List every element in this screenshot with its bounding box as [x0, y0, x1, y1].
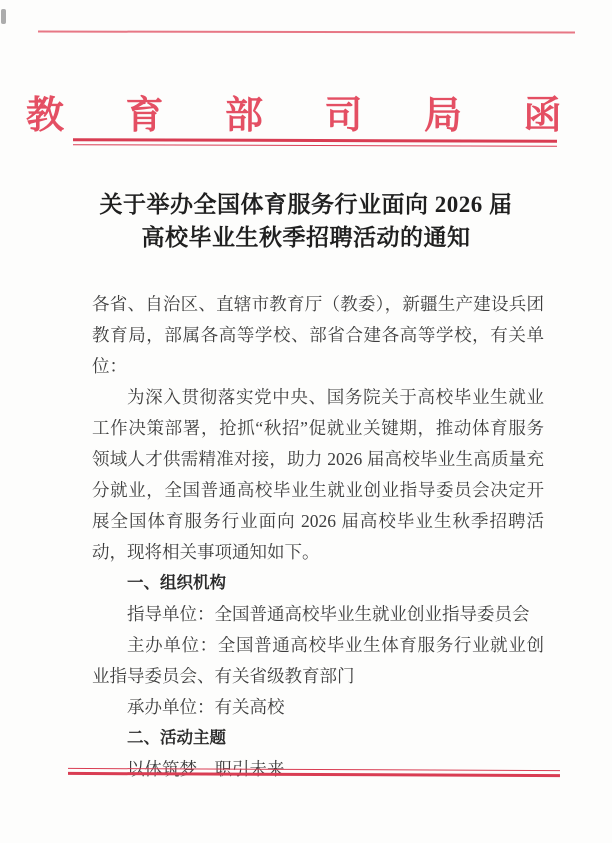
paragraph-intro: 为深入贯彻落实党中央、国务院关于高校毕业生就业工作决策部署，抢抓“秋招”促就业关… — [92, 382, 544, 568]
letterhead-double-rule — [73, 138, 557, 147]
salutation: 各省、自治区、直辖市教育厅（教委），新疆生产建设兵团教育局，部属各高等学校、部省… — [92, 289, 544, 382]
guiding-unit-line: 指导单位：全国普通高校毕业生就业创业指导委员会 — [92, 599, 544, 630]
document-title: 关于举办全国体育服务行业面向 2026 届 高校毕业生秋季招聘活动的通知 — [0, 188, 612, 254]
scan-artifact — [1, 9, 6, 24]
section-heading-organization: 一、组织机构 — [92, 568, 544, 599]
letterhead-banner: 教 育 部 司 局 函 件 — [0, 84, 612, 139]
document-body: 各省、自治区、直辖市教育厅（教委），新疆生产建设兵团教育局，部属各高等学校、部省… — [92, 289, 544, 785]
document-title-line2: 高校毕业生秋季招聘活动的通知 — [0, 221, 612, 254]
organizer-unit-line: 承办单位：有关高校 — [92, 692, 544, 723]
document-page: 教 育 部 司 局 函 件 关于举办全国体育服务行业面向 2026 届 高校毕业… — [0, 0, 612, 843]
top-hairline-rule — [38, 31, 575, 33]
document-title-line1: 关于举办全国体育服务行业面向 2026 届 — [0, 188, 612, 221]
host-unit-line: 主办单位：全国普通高校毕业生体育服务行业就业创业指导委员会、有关省级教育部门 — [92, 630, 544, 692]
section-heading-theme: 二、活动主题 — [92, 723, 544, 754]
